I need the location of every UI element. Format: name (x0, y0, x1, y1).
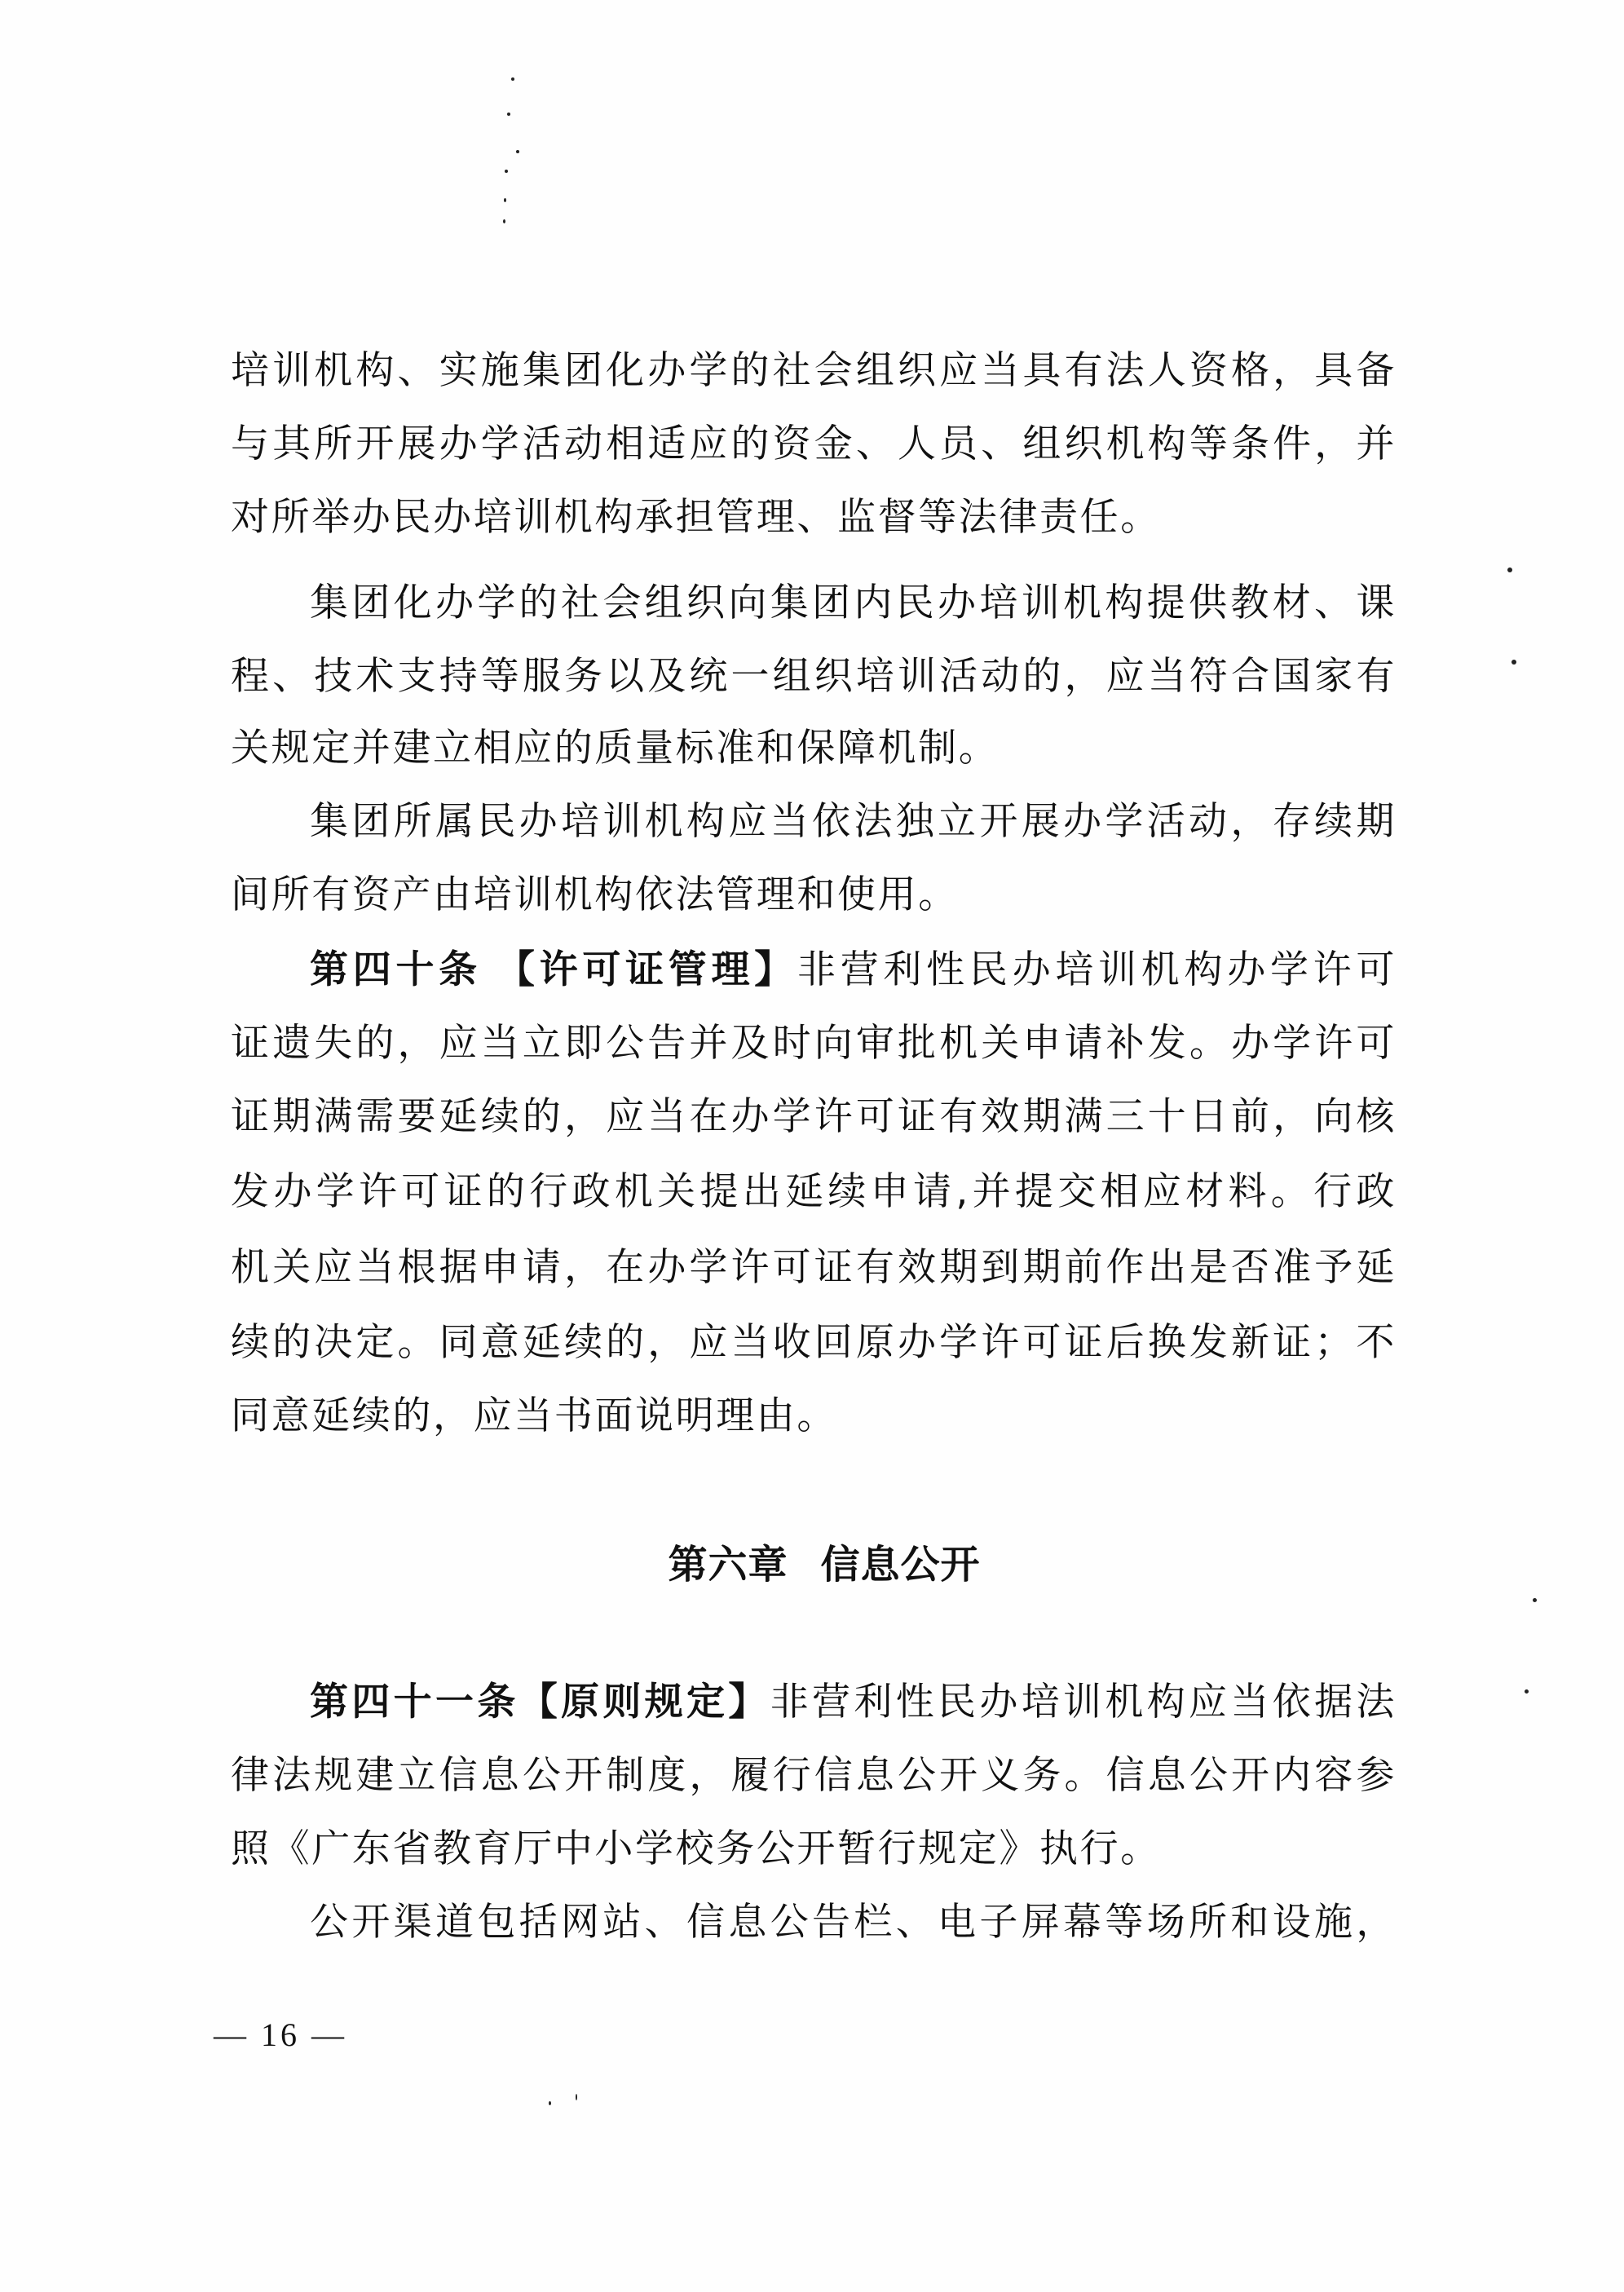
article-title: 【许可证管理】 (496, 947, 797, 992)
body-line: 集团化办学的社会组织向集团内民办培训机构提供教材、课 (310, 579, 1397, 628)
body-line: 照《广东省教育厅中小学校务公开暂行规定》执行。 (231, 1825, 1397, 1874)
scan-mark (503, 219, 505, 223)
scan-mark (505, 170, 508, 173)
body-line: 续的决定。同意延续的，应当收回原办学许可证后换发新证；不 (231, 1318, 1397, 1367)
chapter-title: 信息公开 (821, 1542, 981, 1588)
scan-mark (1533, 1598, 1537, 1602)
chapter-heading: 第六章信息公开 (0, 1533, 1624, 1589)
article-41-heading-line: 第四十一条【原则规定】非营利性民办培训机构应当依据法 (310, 1678, 1397, 1727)
article-number: 第四十一条 (310, 1680, 519, 1725)
scan-mark (1511, 660, 1516, 665)
chapter-number: 第六章 (668, 1542, 788, 1588)
body-line: 公开渠道包括网站、信息公告栏、电子屏幕等场所和设施， (310, 1898, 1397, 1947)
scan-mark (507, 113, 510, 116)
scan-mark (504, 198, 506, 202)
body-line: 律法规建立信息公开制度，履行信息公开义务。信息公开内容参 (231, 1751, 1397, 1800)
body-line: 同意延续的，应当书面说明理由。 (231, 1392, 1397, 1441)
body-line: 程、技术支持等服务以及统一组织培训活动的，应当符合国家有 (231, 652, 1397, 701)
body-line: 机关应当根据申请，在办学许可证有效期到期前作出是否准予延 (231, 1243, 1397, 1292)
article-text: 非营利性民办培训机构办学许可 (797, 947, 1397, 992)
scan-mark (549, 2101, 551, 2105)
scan-mark (1525, 1689, 1529, 1694)
article-number: 第四十条 (310, 947, 482, 992)
document-page: 培训机构、实施集团化办学的社会组织应当具有法人资格，具备 与其所开展办学活动相适… (0, 0, 1624, 2292)
body-line: 集团所属民办培训机构应当依法独立开展办学活动，存续期 (310, 797, 1397, 846)
body-line: 培训机构、实施集团化办学的社会组织应当具有法人资格，具备 (231, 347, 1397, 395)
article-title: 【原则规定】 (519, 1680, 770, 1725)
article-text: 非营利性民办培训机构应当依据法 (770, 1680, 1397, 1725)
body-line: 间所有资产由培训机构依法管理和使用。 (231, 871, 1397, 920)
body-line: 证期满需要延续的，应当在办学许可证有效期满三十日前，向核 (231, 1093, 1397, 1142)
scan-mark (576, 2094, 577, 2100)
article-40-heading-line: 第四十条【许可证管理】非营利性民办培训机构办学许可 (310, 946, 1397, 995)
body-line: 发办学许可证的行政机关提出延续申请,并提交相应材料。行政 (231, 1168, 1397, 1217)
body-line: 与其所开展办学活动相适应的资金、人员、组织机构等条件，并 (231, 420, 1397, 469)
body-line: 关规定并建立相应的质量标准和保障机制。 (231, 724, 1397, 773)
page-number: — 16 — (214, 2016, 347, 2054)
body-line: 证遗失的，应当立即公告并及时向审批机关申请补发。办学许可 (231, 1019, 1397, 1068)
body-line: 对所举办民办培训机构承担管理、监督等法律责任。 (231, 493, 1397, 542)
scan-mark (1507, 567, 1512, 572)
scan-mark (511, 77, 514, 81)
scan-mark (516, 150, 519, 153)
